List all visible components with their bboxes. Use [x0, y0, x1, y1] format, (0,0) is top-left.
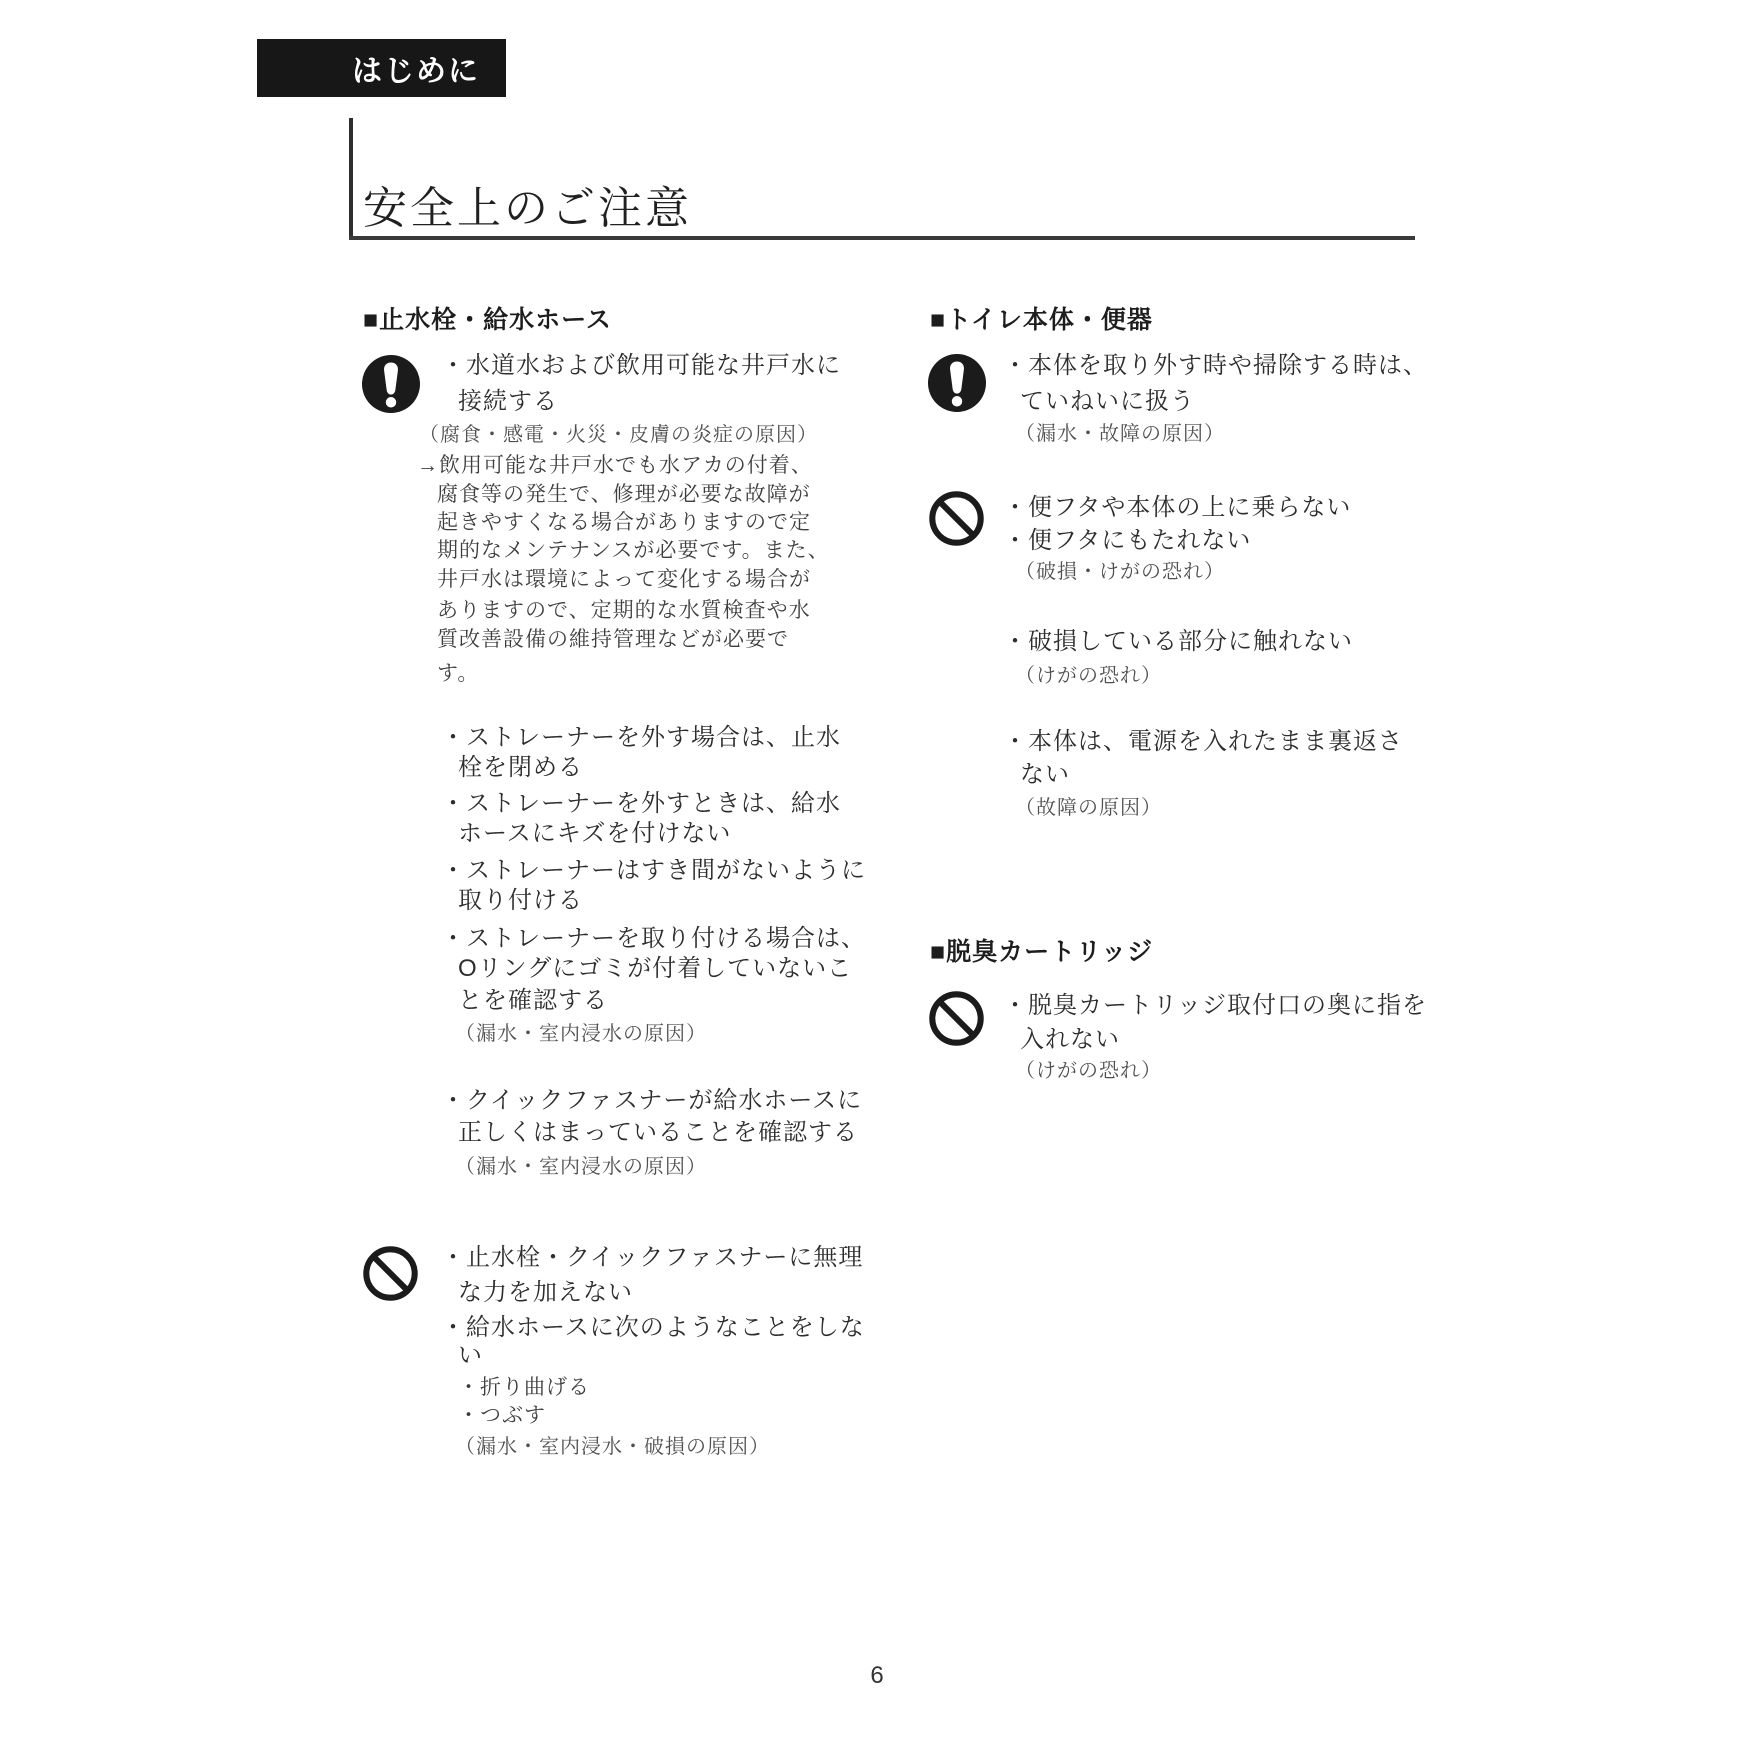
- note-line: （けがの恐れ）: [1015, 1060, 1162, 1083]
- bullet-line: ・クイックファスナーが給水ホースに: [441, 1087, 862, 1115]
- explanation-line: ありますので、定期的な水質検査や水: [437, 599, 811, 623]
- note-line: （腐食・感電・火災・皮膚の炎症の原因）: [419, 424, 818, 447]
- page-number: 6: [0, 1662, 1754, 1690]
- explanation-line: →飲用可能な井戸水でも水アカの付着、: [417, 454, 813, 478]
- section-heading-toilet-body: ■トイレ本体・便器: [930, 306, 1153, 335]
- note-line: （漏水・室内浸水・破損の原因）: [455, 1436, 770, 1459]
- sub-bullet-line: ・折り曲げる: [458, 1376, 590, 1400]
- bullet-line: い: [458, 1342, 483, 1370]
- bullet-line: ・本体を取り外す時や掃除する時は、: [1003, 352, 1428, 380]
- note-line: （漏水・故障の原因）: [1015, 423, 1225, 446]
- bullet-line: Oリングにゴミが付着していないこ: [458, 955, 852, 983]
- bullet-line: ・便フタにもたれない: [1003, 527, 1251, 555]
- explanation-line: 質改善設備の維持管理などが必要で: [437, 628, 789, 652]
- note-line: （漏水・室内浸水の原因）: [455, 1156, 707, 1179]
- chapter-tab: はじめに: [257, 39, 506, 97]
- explanation-line: 起きやすくなる場合がありますので定: [437, 511, 811, 535]
- bullet-line: な力を加えない: [458, 1279, 633, 1307]
- bullet-line: ホースにキズを付けない: [458, 820, 731, 848]
- bullet-line: ・本体は、電源を入れたまま裏返さ: [1003, 728, 1403, 756]
- mandatory-icon: [362, 355, 420, 413]
- chapter-tab-label: はじめに: [352, 46, 480, 90]
- bullet-line: ない: [1020, 761, 1070, 789]
- section-heading-deodorizer-cartridge: ■脱臭カートリッジ: [930, 938, 1153, 967]
- bullet-line: ・水道水および飲用可能な井戸水に: [441, 352, 841, 380]
- sub-bullet-line: ・つぶす: [458, 1404, 546, 1428]
- title-side-bar: [349, 118, 353, 237]
- prohibition-icon: [929, 991, 984, 1046]
- bullet-line: 正しくはまっていることを確認する: [458, 1119, 858, 1147]
- bullet-line: ていねいに扱う: [1020, 388, 1195, 416]
- bullet-line: ・給水ホースに次のようなことをしな: [441, 1314, 865, 1342]
- note-line: （破損・けがの恐れ）: [1015, 561, 1225, 584]
- bullet-line: ・ストレーナーを外す場合は、止水: [441, 724, 841, 752]
- note-line: （漏水・室内浸水の原因）: [455, 1023, 707, 1046]
- note-line: （故障の原因）: [1015, 797, 1162, 820]
- manual-page: はじめに 安全上のご注意 ■止水栓・給水ホース ・水道水および飲用可能な井戸水に…: [0, 0, 1754, 1754]
- bullet-line: 取り付ける: [458, 887, 583, 915]
- bullet-line: ・便フタや本体の上に乗らない: [1003, 494, 1351, 522]
- bullet-line: 栓を閉める: [458, 754, 583, 782]
- bullet-line: 接続する: [458, 388, 558, 416]
- bullet-line: ・破損している部分に触れない: [1003, 628, 1353, 656]
- explanation-line: 井戸水は環境によって変化する場合が: [437, 568, 811, 592]
- page-title: 安全上のご注意: [363, 172, 692, 236]
- bullet-line: 入れない: [1020, 1026, 1120, 1054]
- bullet-line: ・ストレーナーはすき間がないように: [441, 857, 866, 885]
- bullet-line: ・ストレーナーを取り付ける場合は、: [441, 925, 866, 953]
- mandatory-icon: [928, 354, 986, 412]
- prohibition-icon: [929, 491, 984, 546]
- note-line: （けがの恐れ）: [1015, 665, 1162, 688]
- title-underline: [349, 236, 1415, 240]
- bullet-line: とを確認する: [458, 987, 608, 1015]
- bullet-line: ・ストレーナーを外すときは、給水: [441, 790, 841, 818]
- explanation-line: 腐食等の発生で、修理が必要な故障が: [437, 483, 811, 507]
- prohibition-icon: [363, 1246, 418, 1301]
- explanation-line: 期的なメンテナンスが必要です。また、: [437, 539, 830, 563]
- bullet-line: ・止水栓・クイックファスナーに無理: [441, 1244, 863, 1272]
- explanation-line: す。: [437, 662, 479, 686]
- section-heading-water-supply: ■止水栓・給水ホース: [363, 306, 612, 335]
- bullet-line: ・脱臭カートリッジ取付口の奥に指を: [1003, 992, 1427, 1020]
